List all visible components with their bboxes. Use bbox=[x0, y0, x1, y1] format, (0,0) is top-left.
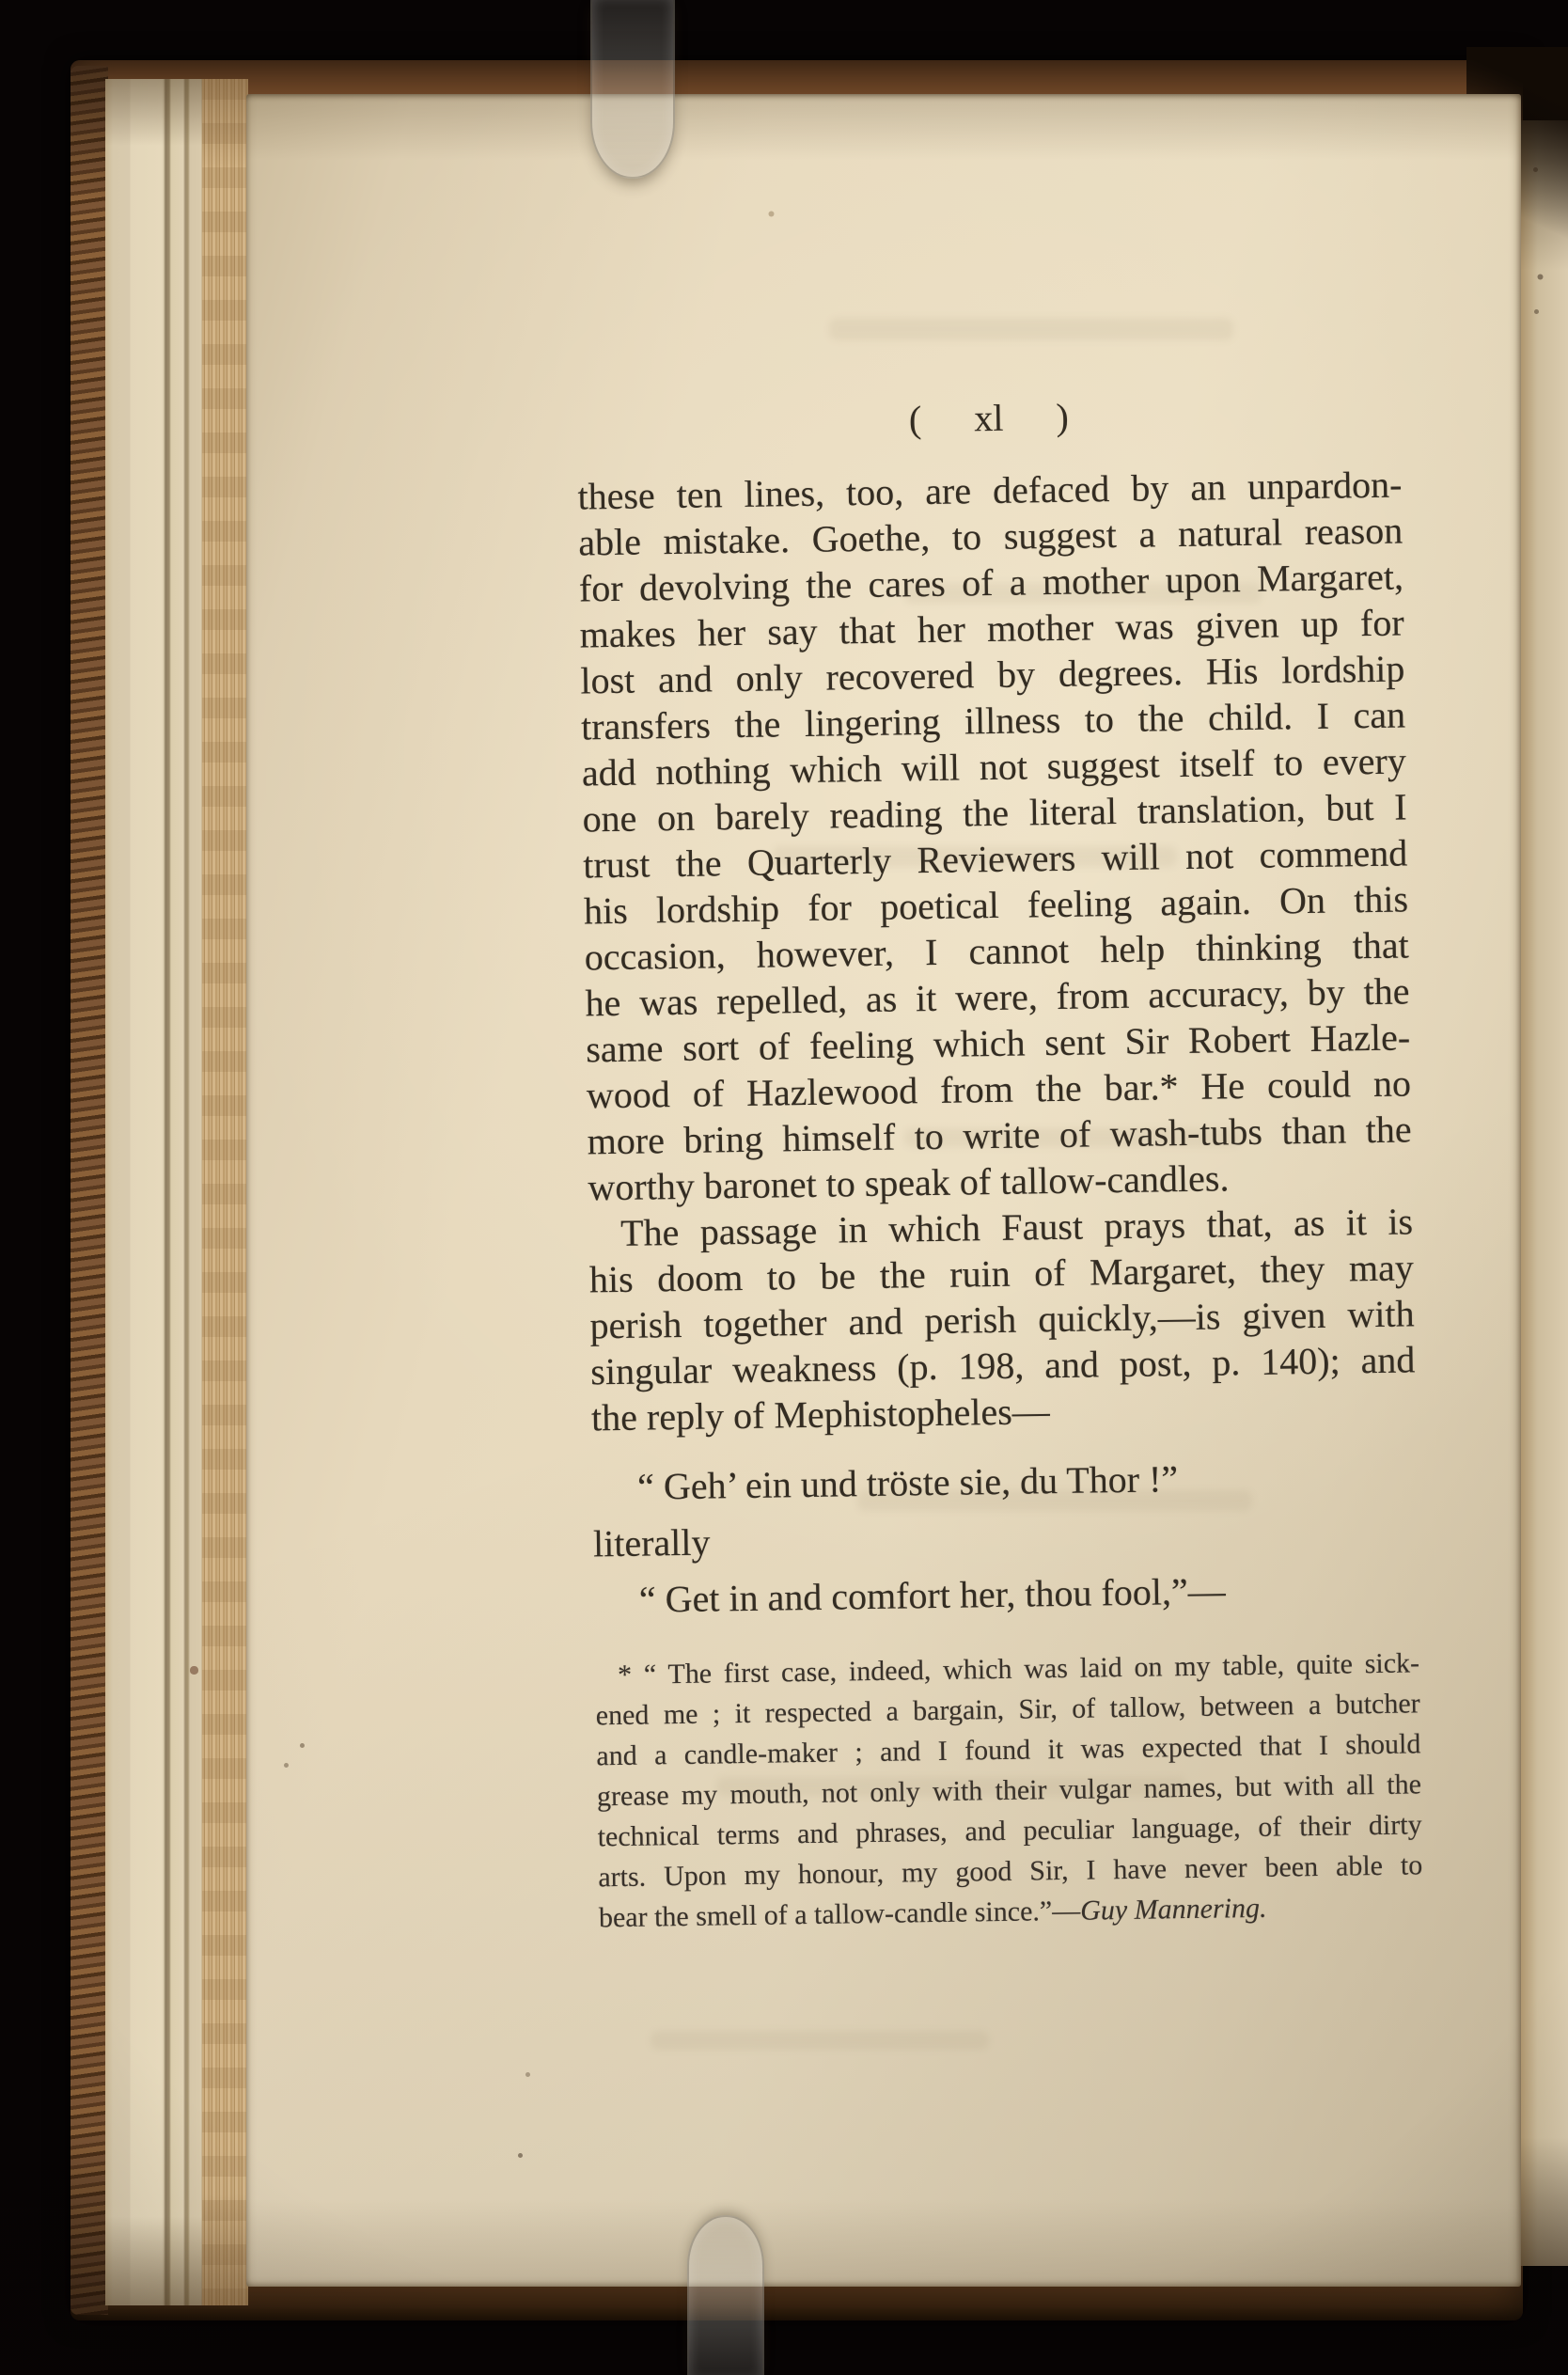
dust-specks bbox=[0, 0, 3, 3]
page-holder-strap-bottom bbox=[687, 2215, 764, 2375]
book-cover-spine-edge bbox=[71, 66, 108, 2315]
folio-paren-open: ( bbox=[909, 398, 922, 440]
folio-numeral: xl bbox=[974, 397, 1004, 439]
quote-english: “ Get in and comfort her, thou fool,”— bbox=[638, 1560, 1419, 1628]
footnote-source-italic: Guy Mannering. bbox=[1080, 1893, 1267, 1927]
folio-paren-close: ) bbox=[1056, 396, 1069, 438]
facing-page-gutter bbox=[1519, 120, 1568, 2266]
page-number: ( xl ) bbox=[576, 390, 1402, 445]
body-text: these ten lines, too, are defaced by an … bbox=[577, 461, 1416, 1440]
page-holder-strap-top bbox=[590, 0, 675, 179]
page-edge-deckle bbox=[202, 79, 248, 2305]
footnote: * “ The first case, indeed, which was la… bbox=[595, 1643, 1423, 1938]
footnote-lines: * “ The first case, indeed, which was la… bbox=[595, 1643, 1423, 1897]
book-photo: ( xl ) these ten lines, too, are defaced… bbox=[0, 0, 1568, 2375]
show-through-ghosting bbox=[651, 2031, 989, 2050]
book-page: ( xl ) these ten lines, too, are defaced… bbox=[246, 94, 1521, 2287]
show-through-ghosting bbox=[829, 318, 1233, 340]
footnote-text: bear the smell of a tallow-candle since.… bbox=[599, 1895, 1081, 1934]
printed-text: ( xl ) these ten lines, too, are defaced… bbox=[576, 390, 1423, 1938]
quotation-block: “ Geh’ ein und tröste sie, du Thor !” li… bbox=[592, 1447, 1419, 1628]
